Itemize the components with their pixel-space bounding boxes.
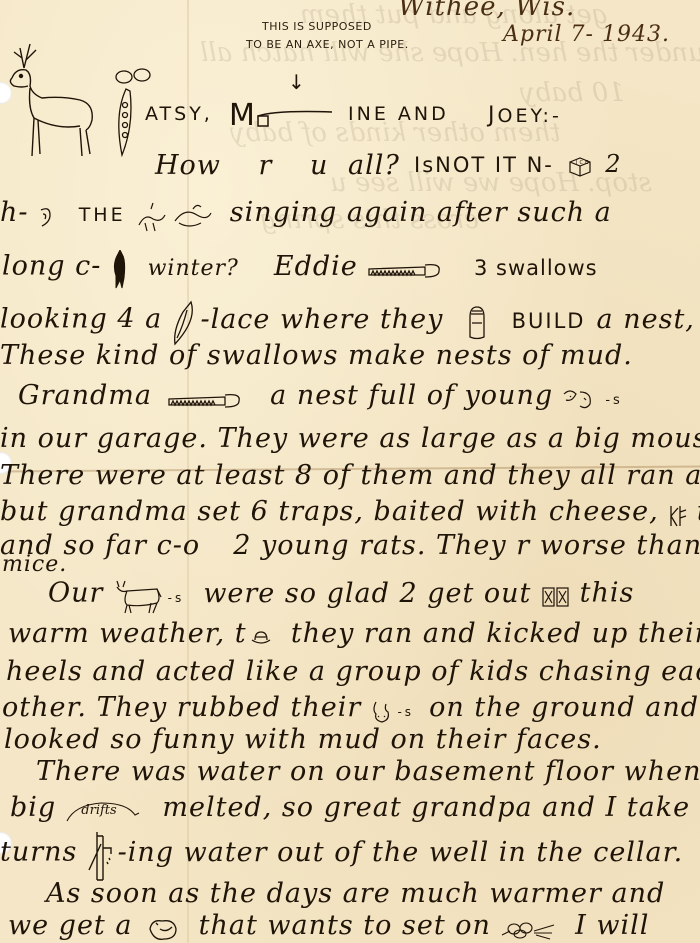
letter-line-10: and so far c-o 2 young rats. They r wors… [0,530,700,561]
salutation-patsy: ATSY, [145,103,213,125]
saw-icon [167,391,243,409]
letter-line-13: warm weather, t they ran and kicked up t… [8,618,700,649]
annotation-arrow: ↓ [288,70,305,94]
letter-line-3: long c- winter? Eddie 3 swallows [2,250,598,290]
letter-line-16: looked so funny with mud on their faces. [4,724,602,755]
salutation-joey: JOEY:- [488,103,562,128]
svg-text:ICE: ICE [576,160,590,166]
eggs-nest-icon [500,919,556,941]
birds-icon [135,199,215,235]
rat-icon [562,388,596,412]
letter-line-6: Grandma a nest full of young -s [18,380,623,412]
catch-icon [668,504,688,528]
deer-icon [2,38,97,167]
letter-line-14: heels and acted like a group of kids cha… [6,656,700,687]
nose-icon [370,700,392,724]
letter-line-19: turns -ing water out of the well in the … [0,830,683,882]
doors-icon [541,586,571,608]
letter-line-17: There was water on our basement floor wh… [36,756,700,787]
crow-icon [110,250,128,290]
ice-cube-icon: ICE [567,155,593,177]
letter-place: Withee, Wis. [398,0,575,22]
hat-icon [250,630,272,646]
hen-icon [146,915,180,943]
ear-icon [38,206,52,228]
letter-line-2: h- THE singing again after such a [0,197,612,235]
annotation-line-1: THIS IS SUPPOSED [262,20,372,33]
letter-line-1: How r u all? [155,150,410,181]
letter-line-5: These kind of swallows make nests of mud… [0,340,633,371]
snow-drift-icon: drifts [65,799,141,825]
annotation-line-2: TO BE AN AXE, NOT A PIPE. [246,38,409,51]
letter-date: April 7- 1943. [503,22,670,47]
axe-icon [256,108,336,134]
letter-line-15: other. They rubbed their -s on the groun… [2,692,699,724]
can-icon [467,305,487,341]
letter-line-12: Our -s were so glad 2 get out this [48,577,634,617]
letter-page: get along and put them under the hen. Ho… [0,0,700,943]
letter-line-7: in our garage. They were as large as a b… [0,423,700,454]
letter-line-9: but grandma set 6 traps, baited with che… [0,496,700,528]
salutation-m: M [229,98,255,133]
water-pump-icon [87,830,113,882]
salutation-maxine: INE AND [348,103,449,125]
letter-line-11: mice. [2,552,67,577]
letter-line-18: big drifts melted, so great grandpa and … [10,792,690,825]
letter-line-20: As soon as the days are much warmer and [46,878,665,909]
letter-line-8: There were at least 8 of them and they a… [0,460,700,491]
letter-line-21: we get a that wants to set on I will [8,910,649,943]
salutation: ATSY, [145,103,213,125]
cow-icon [113,577,163,617]
saw-icon [367,261,443,279]
letter-line-1-print: IsNOT IT N- ICE 2 [414,150,622,178]
